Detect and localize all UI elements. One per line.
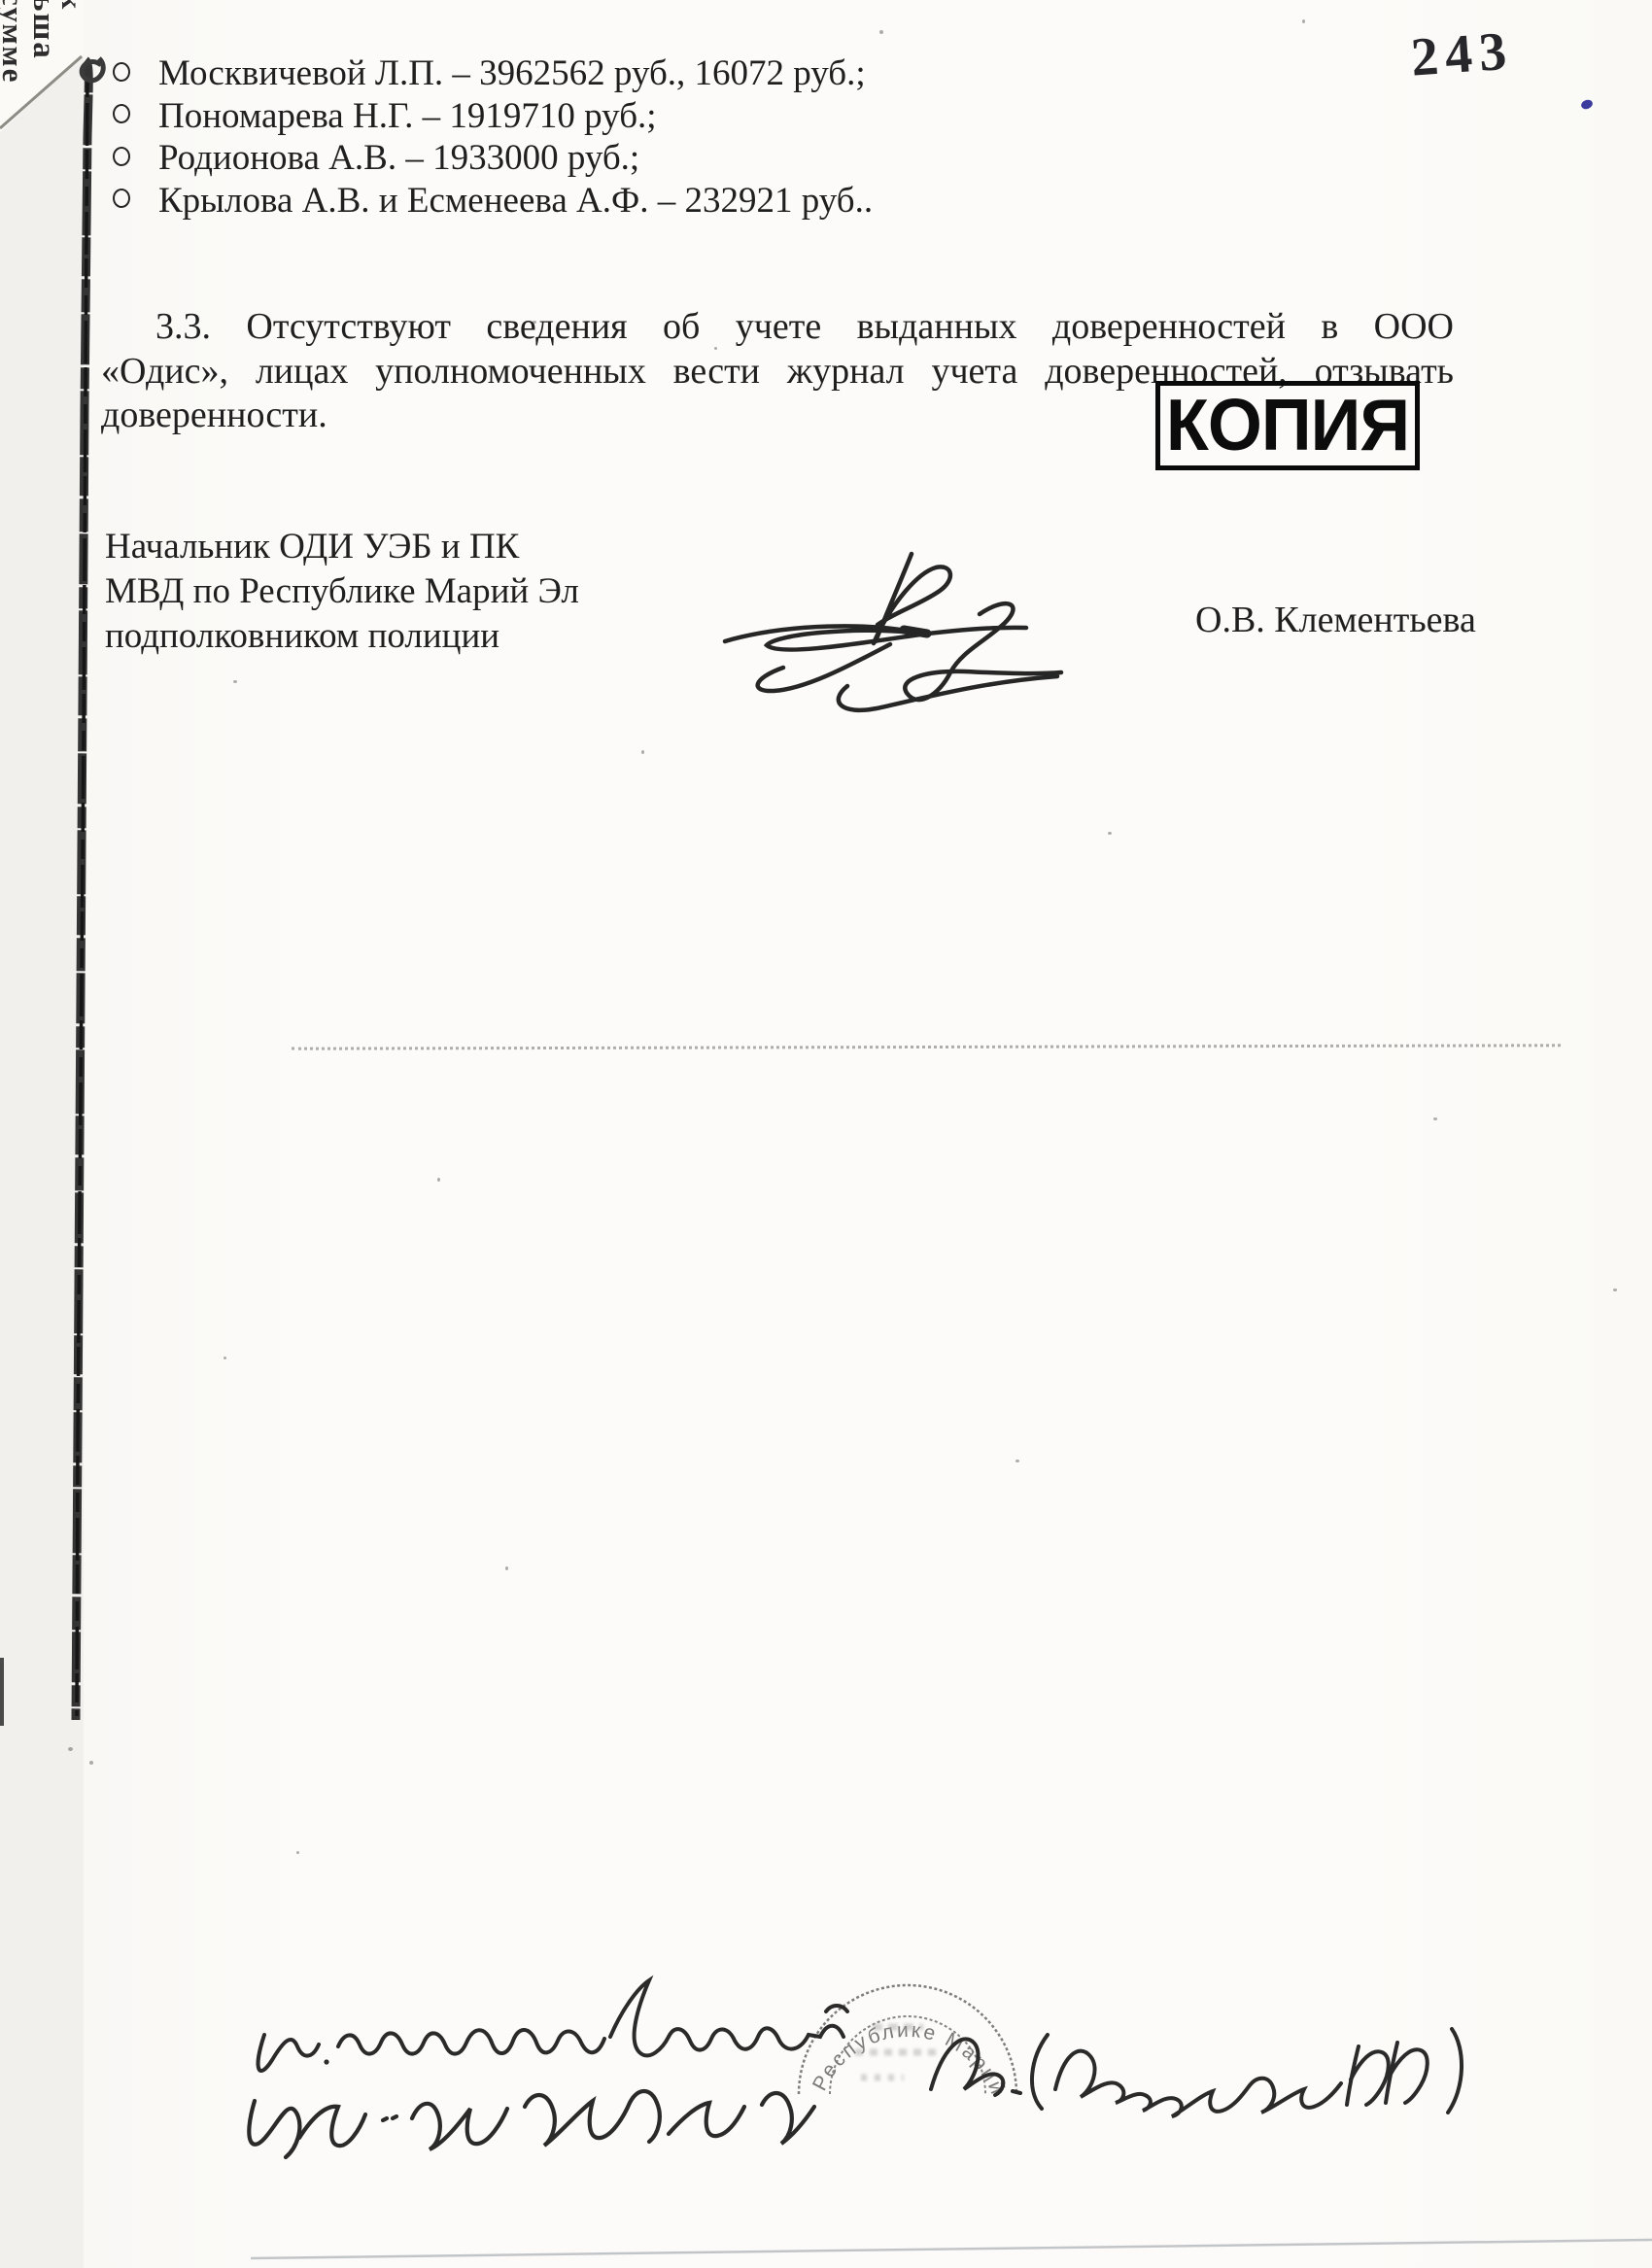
scan-speck — [437, 1178, 440, 1182]
circle-bullet-icon — [113, 62, 130, 82]
copy-stamp: КОПИЯ — [1155, 381, 1420, 470]
circle-bullet-icon — [113, 189, 130, 208]
list-item-text: Крылова А.В. и Есменеева А.Ф. – 232921 р… — [158, 180, 873, 223]
scan-bottom-edge-line — [251, 2240, 1652, 2258]
scan-speck — [233, 680, 237, 683]
scan-speck — [641, 750, 644, 754]
margin-text-fragment: сумме — [0, 0, 28, 84]
blue-ink-dot — [1580, 98, 1594, 111]
scan-speck — [505, 1566, 508, 1570]
scan-speck — [1108, 832, 1112, 835]
scan-speck — [224, 1357, 226, 1359]
margin-text-fragment: к — [56, 0, 86, 11]
scan-speck — [296, 1851, 299, 1854]
footer-handwritten-name — [931, 2029, 1462, 2116]
signature-block: Начальник ОДИ УЭБ и ПК МВД по Республике… — [105, 525, 579, 659]
scan-speck — [879, 30, 883, 34]
chief-signature — [725, 554, 1061, 710]
footer-handwritten-line1 — [258, 1980, 847, 2071]
list-item-text: Пономарева Н.Г. – 1919710 руб.; — [158, 95, 657, 138]
scan-speck — [89, 1761, 93, 1765]
scan-left-margin — [0, 0, 84, 2268]
scan-speck — [1015, 1460, 1019, 1462]
scan-speck — [1433, 1117, 1437, 1120]
circle-bullet-icon — [113, 104, 130, 123]
list-item: Москвичевой Л.П. – 3962562 руб., 16072 р… — [113, 52, 873, 95]
footer-handwritten-line2 — [249, 2091, 814, 2157]
signer-name: О.В. Клементьева — [1195, 599, 1476, 641]
signer-position-line: МВД по Республике Марий Эл — [105, 569, 579, 614]
circle-bullet-icon — [113, 147, 130, 166]
signer-position-line: подполковником полиции — [105, 614, 579, 659]
signer-position-line: Начальник ОДИ УЭБ и ПК — [105, 525, 579, 569]
list-item: Родионова А.В. – 1933000 руб.; — [113, 137, 873, 180]
scan-dotted-line — [292, 1044, 1561, 1049]
scanned-document-page: сумме ьша к 243 Москвичевой Л.П. – 39625… — [0, 0, 1652, 2268]
list-item: Крылова А.В. и Есменеева А.Ф. – 232921 р… — [113, 180, 873, 223]
payout-list: Москвичевой Л.П. – 3962562 руб., 16072 р… — [113, 52, 873, 222]
scan-speck — [533, 321, 536, 324]
scan-speck — [1302, 19, 1305, 23]
scan-speck — [714, 347, 717, 350]
scan-speck — [1613, 1289, 1617, 1291]
handwritten-page-number: 243 — [1409, 19, 1515, 88]
list-item-text: Родионова А.В. – 1933000 руб.; — [158, 137, 639, 180]
scan-speck — [68, 1747, 73, 1751]
copy-stamp-label: КОПИЯ — [1166, 384, 1409, 466]
list-item-text: Москвичевой Л.П. – 3962562 руб., 16072 р… — [158, 52, 866, 95]
list-item: Пономарева Н.Г. – 1919710 руб.; — [113, 95, 873, 138]
